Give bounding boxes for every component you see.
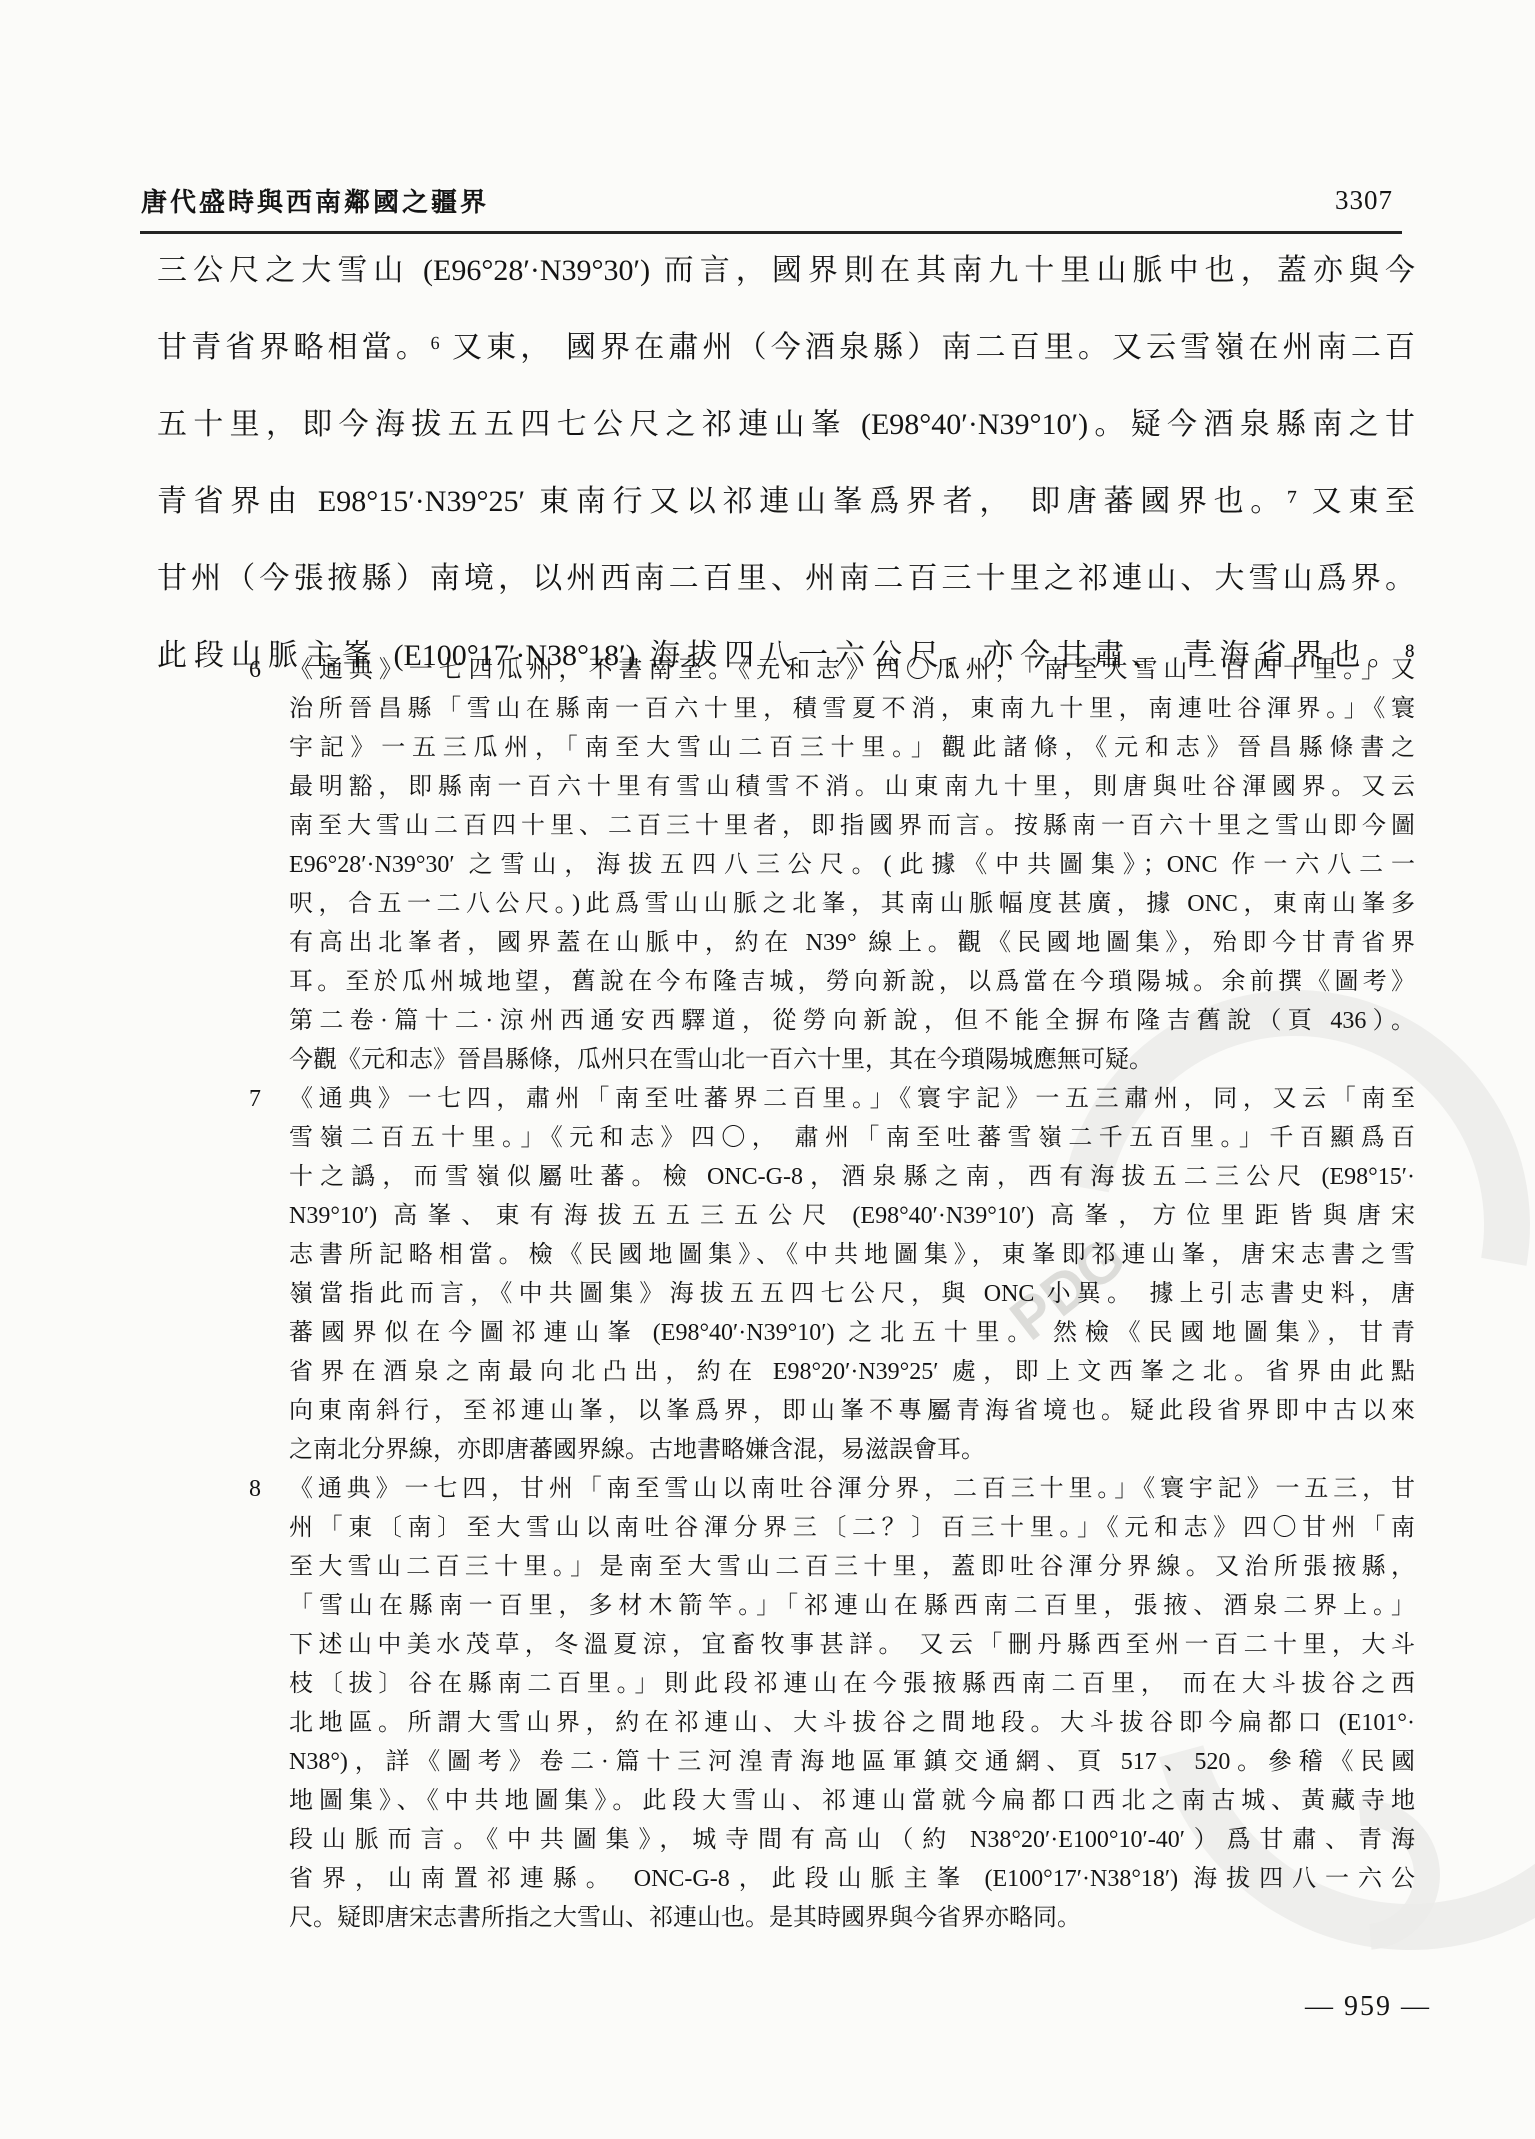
- footnote-text: 《通典》一七四，肅州「南至吐蕃界二百里。」《寰宇記》一五三肅州，同，又云「南至 …: [289, 1080, 1415, 1470]
- footnote-6: 6 《通典》一七四瓜州，不書南至。《元和志》四〇瓜州，「南至大雪山二百四十里。」…: [249, 651, 1415, 1080]
- footnote-line: 有高出北峯者，國界蓋在山脈中，約在 N39° 線上。觀《民國地圖集》，殆即今甘青…: [289, 924, 1415, 963]
- footnote-line: 枝〔拔〕谷在縣南二百里。」則此段祁連山在今張掖縣西南二百里， 而在大斗拔谷之西: [289, 1665, 1415, 1704]
- footnote-text: 《通典》一七四，甘州「南至雪山以南吐谷渾分界，二百三十里。」《寰宇記》一五三，甘…: [289, 1470, 1415, 1938]
- footnote-line: 第二卷·篇十二·涼州西通安西驛道，從勞向新說，但不能全摒布隆吉舊說（頁 436）…: [289, 1002, 1415, 1041]
- footnote-number: 7: [249, 1080, 289, 1470]
- footnote-line: 南至大雪山二百四十里、二百三十里者，即指國界而言。按縣南一百六十里之雪山即今圖: [289, 807, 1415, 846]
- footnote-line: N39°10′) 高峯、東有海拔五五三五公尺 (E98°40′·N39°10′)…: [289, 1197, 1415, 1236]
- footnote-number: 6: [249, 651, 289, 1080]
- footnote-line: 省界，山南置祁連縣。 ONC-G-8，此段山脈主峯 (E100°17′·N38°…: [289, 1860, 1415, 1899]
- footnote-line: 十之譌，而雪嶺似屬吐蕃。檢 ONC-G-8，酒泉縣之南，西有海拔五二三公尺 (E…: [289, 1158, 1415, 1197]
- footnote-line: 「雪山在縣南一百里，多材木箭竿。」「祁連山在縣西南二百里，張掖、酒泉二界上。」: [289, 1587, 1415, 1626]
- footnote-text: 《通典》一七四瓜州，不書南至。《元和志》四〇瓜州，「南至大雪山二百四十里。」又 …: [289, 651, 1415, 1080]
- footnote-line: 今觀《元和志》晉昌縣條，瓜州只在雪山北一百六十里，其在今瑣陽城應無可疑。: [289, 1041, 1415, 1080]
- footnote-line: 州「東〔南〕至大雪山以南吐谷渾分界三〔二？〕百三十里。」《元和志》四〇甘州「南: [289, 1509, 1415, 1548]
- footnote-line: 志書所記略相當。檢《民國地圖集》、《中共地圖集》，東峯即祁連山峯，唐宋志書之雪: [289, 1236, 1415, 1275]
- footnote-line: 向東南斜行，至祁連山峯，以峯爲界，即山峯不專屬青海省境也。疑此段省界即中古以來: [289, 1392, 1415, 1431]
- footnote-line: 蕃國界似在今圖祁連山峯 (E98°40′·N39°10′) 之北五十里。 然檢《…: [289, 1314, 1415, 1353]
- footnote-line: 呎，合五一二八公尺。)此爲雪山山脈之北峯，其南山脈幅度甚廣，據 ONC，東南山峯…: [289, 885, 1415, 924]
- footnote-line: 《通典》一七四瓜州，不書南至。《元和志》四〇瓜州，「南至大雪山二百四十里。」又: [289, 651, 1415, 690]
- running-head-title: 唐代盛時與西南鄰國之疆界: [141, 182, 489, 219]
- page-content: 唐代盛時與西南鄰國之疆界 3307 三公尺之大雪山 (E96°28′·N39°3…: [0, 0, 1535, 2139]
- footnote-line: 雪嶺二百五十里。」《元和志》四〇， 肅州「南至吐蕃雪嶺二千五百里。」千百顯爲百: [289, 1119, 1415, 1158]
- footnote-line: 下述山中美水茂草，冬溫夏涼，宜畜牧事甚詳。 又云「刪丹縣西至州一百二十里，大斗: [289, 1626, 1415, 1665]
- footnote-line: 省界在酒泉之南最向北凸出，約在 E98°20′·N39°25′ 處，即上文西峯之…: [289, 1353, 1415, 1392]
- scanned-document-page: PDG 唐代盛時與西南鄰國之疆界 3307 三公尺之大雪山 (E96°28′·N…: [0, 0, 1535, 2139]
- body-line: 甘青省界略相當。⁶ 又東， 國界在肅州（今酒泉縣）南二百里。又云雪嶺在州南二百: [157, 328, 1415, 405]
- footnote-line: 宇記》一五三瓜州，「南至大雪山二百三十里。」觀此諸條，《元和志》晉昌縣條書之: [289, 729, 1415, 768]
- footer-page-number: — 959 —: [1305, 1991, 1431, 2023]
- footnote-number: 8: [249, 1470, 289, 1938]
- footnote-line: 《通典》一七四，肅州「南至吐蕃界二百里。」《寰宇記》一五三肅州，同，又云「南至: [289, 1080, 1415, 1119]
- footnote-line: 尺。疑即唐宋志書所指之大雪山、祁連山也。是其時國界與今省界亦略同。: [289, 1899, 1415, 1938]
- footnote-line: N38°)，詳《圖考》卷二·篇十三河湟青海地區軍鎮交通網、頁 517、520。參…: [289, 1743, 1415, 1782]
- header-page-number: 3307: [1335, 185, 1393, 216]
- footnote-line: 最明豁，即縣南一百六十里有雪山積雪不消。山東南九十里，則唐與吐谷渾國界。又云: [289, 768, 1415, 807]
- footnote-line: 耳。至於瓜州城地望，舊說在今布隆吉城，勞向新說，以爲當在今瑣陽城。余前撰《圖考》: [289, 963, 1415, 1002]
- body-line: 青省界由 E98°15′·N39°25′ 東南行又以祁連山峯爲界者， 即唐蕃國界…: [157, 482, 1415, 559]
- body-line: 甘州（今張掖縣）南境，以州西南二百里、州南二百三十里之祁連山、大雪山爲界。: [157, 559, 1415, 636]
- header-divider: [140, 231, 1402, 234]
- body-line: 三公尺之大雪山 (E96°28′·N39°30′) 而言，國界則在其南九十里山脈…: [157, 251, 1415, 328]
- footnote-line: 地圖集》、《中共地圖集》。此段大雪山、祁連山當就今扁都口西北之南古城、黃藏寺地: [289, 1782, 1415, 1821]
- footnote-8: 8 《通典》一七四，甘州「南至雪山以南吐谷渾分界，二百三十里。」《寰宇記》一五三…: [249, 1470, 1415, 1938]
- body-line: 五十里，即今海拔五五四七公尺之祁連山峯 (E98°40′·N39°10′)。疑今…: [157, 405, 1415, 482]
- footnote-line: 至大雪山二百三十里。」是南至大雪山二百三十里，蓋即吐谷渾分界線。又治所張掖縣，: [289, 1548, 1415, 1587]
- footnote-line: 之南北分界線，亦即唐蕃國界線。古地書略嫌含混，易滋誤會耳。: [289, 1431, 1415, 1470]
- footnote-line: 嶺當指此而言，《中共圖集》海拔五五四七公尺，與 ONC 小異。 據上引志書史料，…: [289, 1275, 1415, 1314]
- footnote-line: E96°28′·N39°30′ 之雪山，海拔五四八三公尺。(此據《中共圖集》；O…: [289, 846, 1415, 885]
- footnote-line: 段山脈而言。《中共圖集》，城寺間有高山（約 N38°20′·E100°10′-4…: [289, 1821, 1415, 1860]
- footnote-line: 《通典》一七四，甘州「南至雪山以南吐谷渾分界，二百三十里。」《寰宇記》一五三，甘: [289, 1470, 1415, 1509]
- main-body-text: 三公尺之大雪山 (E96°28′·N39°30′) 而言，國界則在其南九十里山脈…: [157, 251, 1415, 713]
- footnotes-section: 6 《通典》一七四瓜州，不書南至。《元和志》四〇瓜州，「南至大雪山二百四十里。」…: [249, 651, 1415, 1938]
- footnote-line: 治所晉昌縣「雪山在縣南一百六十里，積雪夏不消，東南九十里，南連吐谷渾界。」《寰: [289, 690, 1415, 729]
- footnote-7: 7 《通典》一七四，肅州「南至吐蕃界二百里。」《寰宇記》一五三肅州，同，又云「南…: [249, 1080, 1415, 1470]
- footnote-line: 北地區。所謂大雪山界，約在祁連山、大斗拔谷之間地段。大斗拔谷即今扁都口 (E10…: [289, 1704, 1415, 1743]
